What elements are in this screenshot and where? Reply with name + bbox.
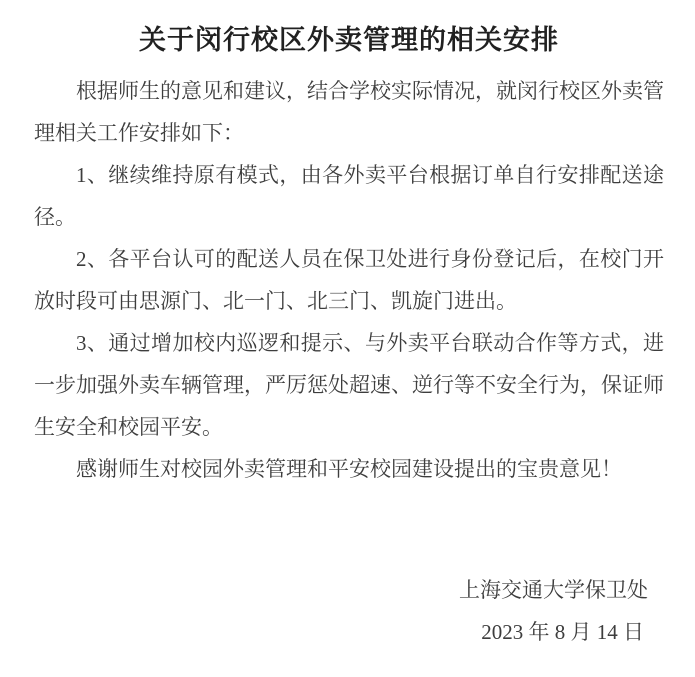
document-title: 关于闵行校区外卖管理的相关安排	[34, 22, 664, 58]
notice-document: 关于闵行校区外卖管理的相关安排 根据师生的意见和建议，结合学校实际情况，就闵行校…	[0, 0, 695, 677]
date: 2023 年 8 月 14 日	[34, 611, 648, 653]
closing-paragraph: 感谢师生对校园外卖管理和平安校园建设提出的宝贵意见！	[34, 448, 664, 490]
list-item-3: 3、通过增加校内巡逻和提示、与外卖平台联动合作等方式，进一步加强外卖车辆管理，严…	[34, 322, 664, 448]
document-body: 根据师生的意见和建议，结合学校实际情况，就闵行校区外卖管理相关工作安排如下： 1…	[34, 70, 664, 490]
list-item-1: 1、继续维持原有模式，由各外卖平台根据订单自行安排配送途径。	[34, 154, 664, 238]
signature-block: 上海交通大学保卫处 2023 年 8 月 14 日	[34, 569, 664, 653]
signature: 上海交通大学保卫处	[34, 569, 648, 611]
list-item-2: 2、各平台认可的配送人员在保卫处进行身份登记后，在校门开放时段可由思源门、北一门…	[34, 238, 664, 322]
intro-paragraph: 根据师生的意见和建议，结合学校实际情况，就闵行校区外卖管理相关工作安排如下：	[34, 70, 664, 154]
